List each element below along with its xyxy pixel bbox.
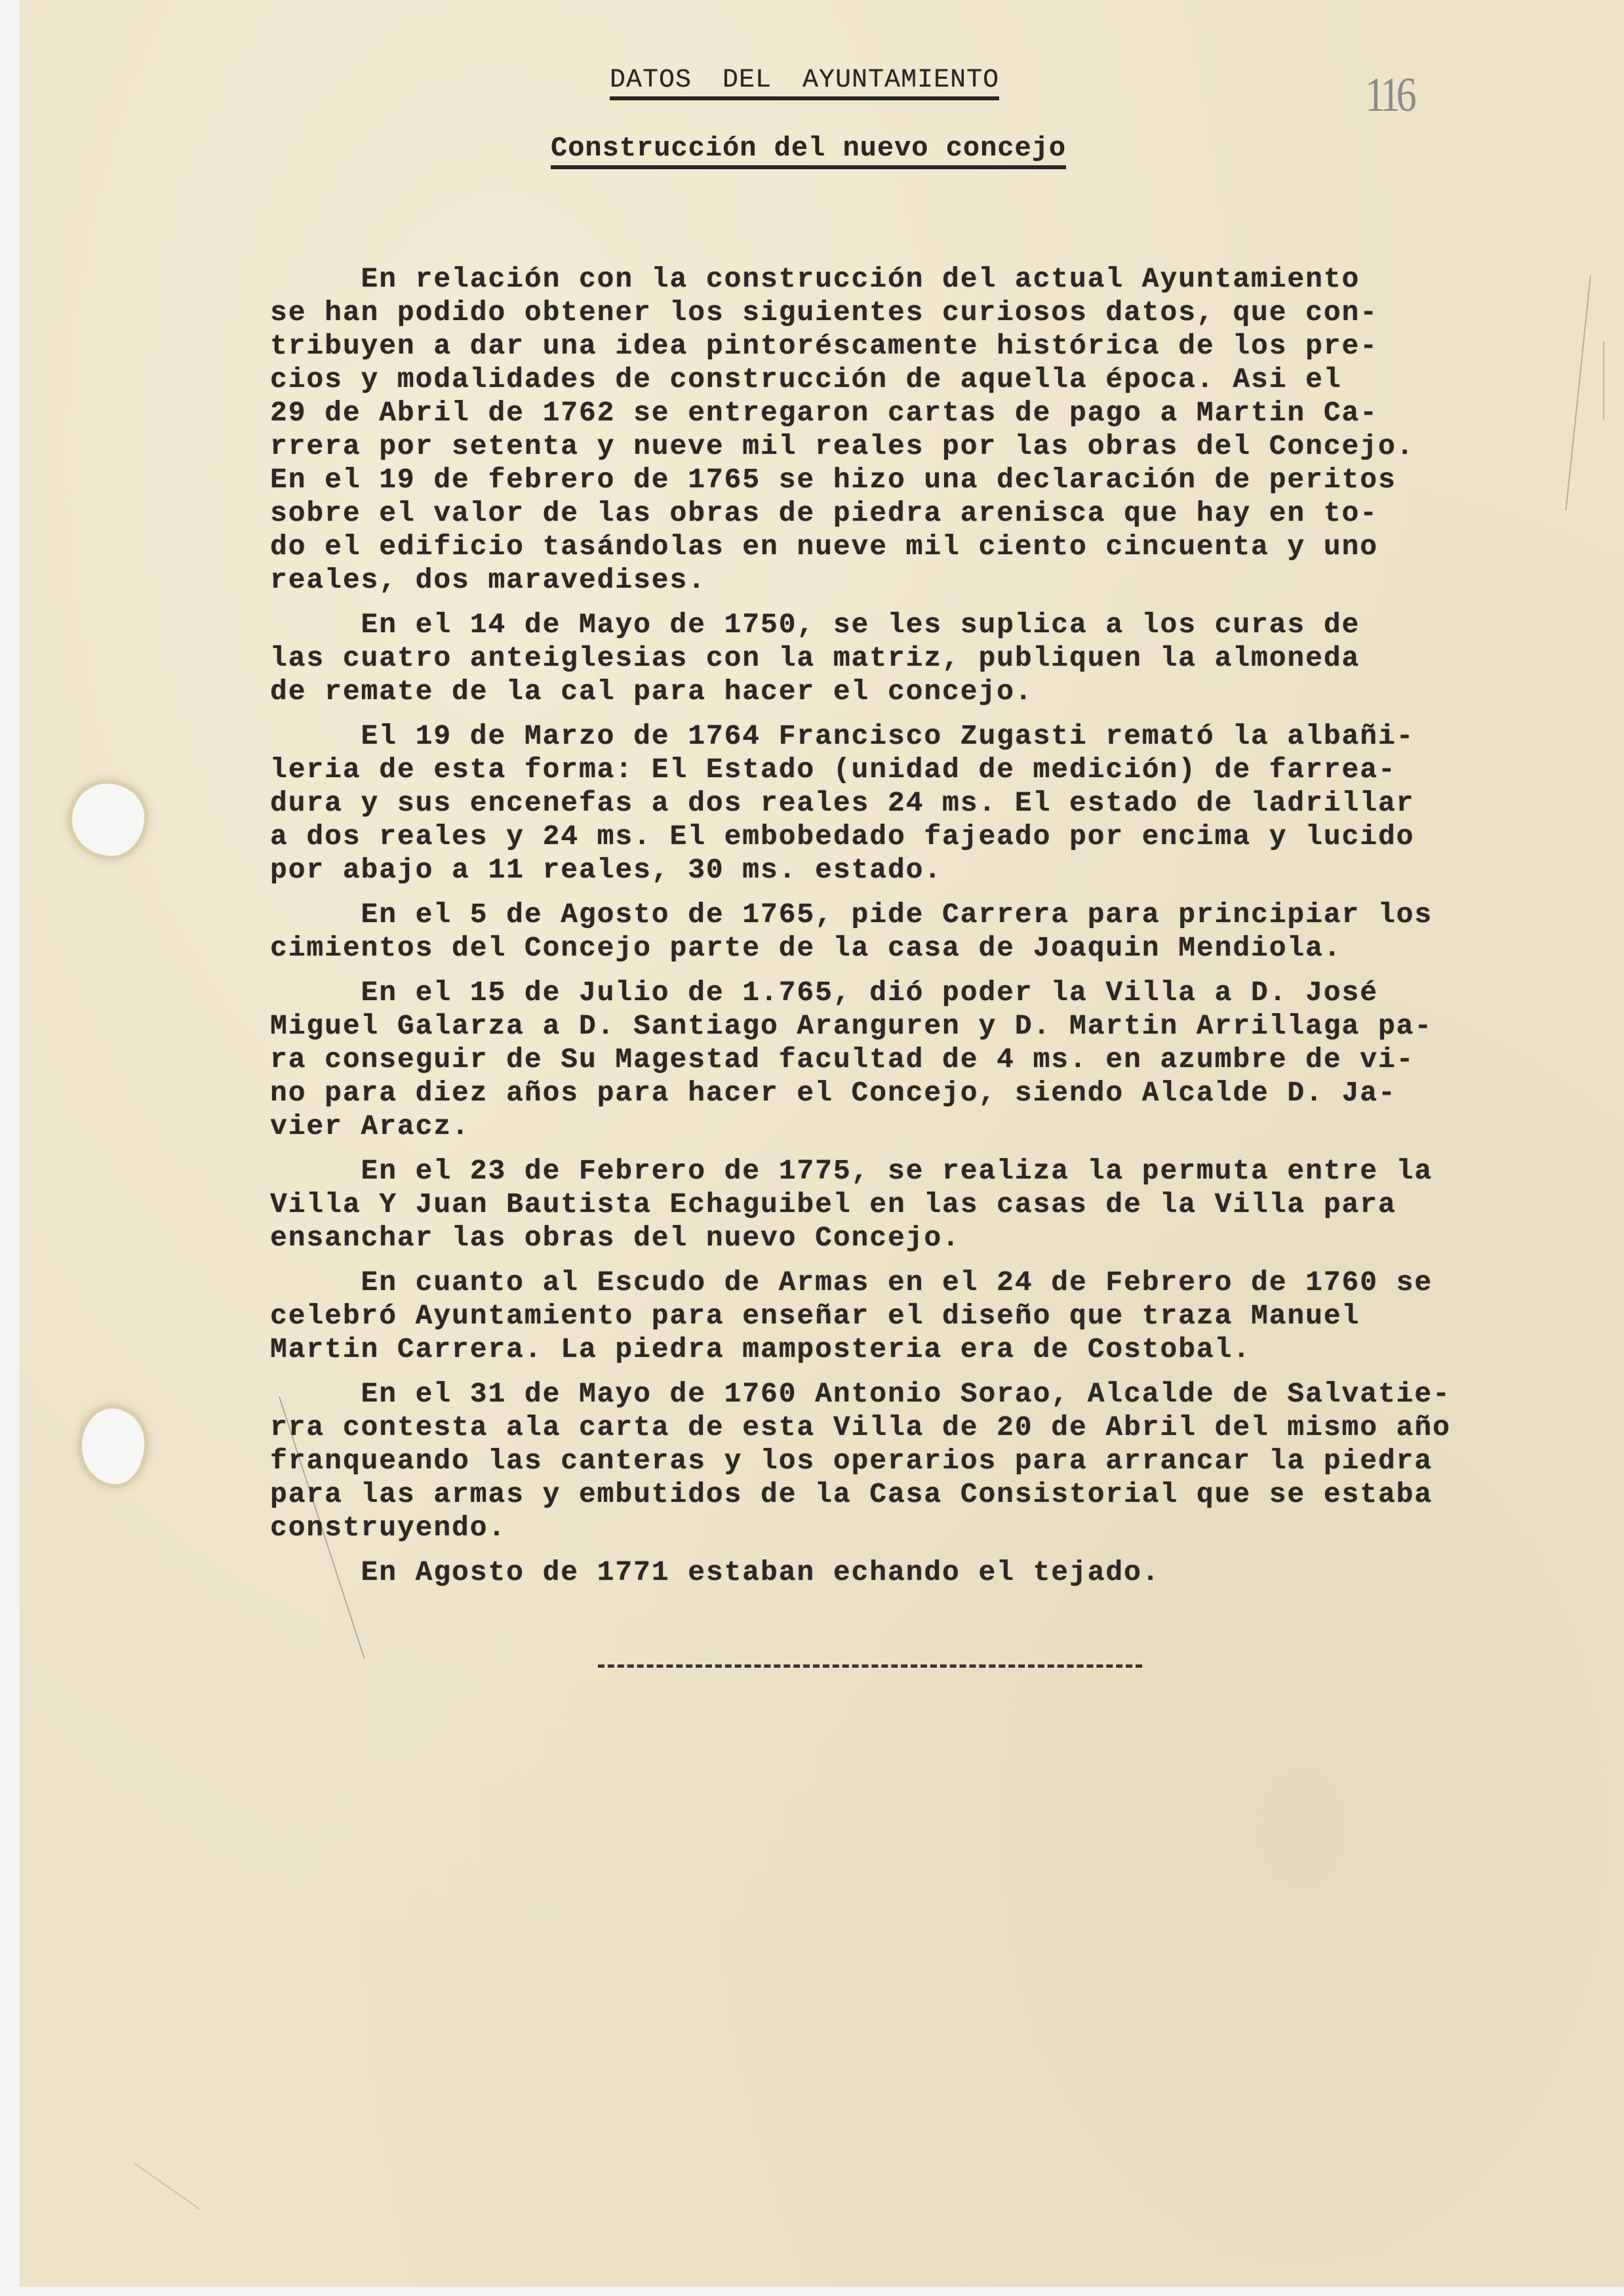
- document-title: DATOS DEL AYUNTAMIENTO: [610, 66, 999, 100]
- pencil-mark: [1603, 341, 1604, 420]
- pencil-mark: [1565, 275, 1591, 510]
- text-line: rra contesta ala carta de esta Villa de …: [270, 1411, 1529, 1444]
- text-line: En el 31 de Mayo de 1760 Antonio Sorao, …: [270, 1377, 1529, 1411]
- text-line: 29 de Abril de 1762 se entregaron cartas…: [270, 396, 1529, 430]
- text-line: do el edificio tasándolas en nueve mil c…: [270, 530, 1529, 563]
- text-line: se han podido obtener los siguientes cur…: [270, 296, 1529, 329]
- end-of-text-dashed-rule: [598, 1664, 1142, 1668]
- text-line: por abajo a 11 reales, 30 ms. estado.: [270, 853, 1529, 887]
- paper-crease-mark: [134, 2163, 199, 2209]
- text-line: El 19 de Marzo de 1764 Francisco Zugasti…: [270, 719, 1529, 753]
- text-line: a dos reales y 24 ms. El embobedado faje…: [270, 820, 1529, 853]
- document-body: En relación con la construcción del actu…: [270, 262, 1529, 1600]
- paragraph: En el 23 de Febrero de 1775, se realiza …: [270, 1154, 1529, 1255]
- text-line: rrera por setenta y nueve mil reales por…: [270, 430, 1529, 463]
- text-line: las cuatro anteiglesias con la matriz, p…: [270, 641, 1529, 675]
- text-line: En el 14 de Mayo de 1750, se les suplica…: [270, 608, 1529, 641]
- text-line: sobre el valor de las obras de piedra ar…: [270, 496, 1529, 530]
- punch-hole: [82, 1409, 144, 1484]
- text-line: franqueando las canteras y los operarios…: [270, 1444, 1529, 1478]
- text-line: En el 19 de febrero de 1765 se hizo una …: [270, 463, 1529, 496]
- text-line: cimientos del Concejo parte de la casa d…: [270, 931, 1529, 965]
- text-line: construyendo.: [270, 1511, 1529, 1544]
- text-line: En el 23 de Febrero de 1775, se realiza …: [270, 1154, 1529, 1188]
- text-line: Martin Carrera. La piedra mamposteria er…: [270, 1333, 1529, 1366]
- text-line: Miguel Galarza a D. Santiago Aranguren y…: [270, 1009, 1529, 1043]
- text-line: En Agosto de 1771 estaban echando el tej…: [270, 1556, 1529, 1589]
- paragraph: En Agosto de 1771 estaban echando el tej…: [270, 1556, 1529, 1589]
- text-line: vier Aracz.: [270, 1110, 1529, 1143]
- paragraph: El 19 de Marzo de 1764 Francisco Zugasti…: [270, 719, 1529, 887]
- paragraph: En relación con la construcción del actu…: [270, 262, 1529, 597]
- handwritten-folio-number: 116: [1365, 68, 1413, 123]
- text-line: tribuyen a dar una idea pintoréscamente …: [270, 329, 1529, 363]
- text-line: cios y modalidades de construcción de aq…: [270, 363, 1529, 396]
- text-line: Villa Y Juan Bautista Echaguibel en las …: [270, 1188, 1529, 1221]
- text-line: reales, dos maravedises.: [270, 563, 1529, 597]
- text-line: ensanchar las obras del nuevo Concejo.: [270, 1221, 1529, 1255]
- text-line: dura y sus encenefas a dos reales 24 ms.…: [270, 786, 1529, 820]
- text-line: no para diez años para hacer el Concejo,…: [270, 1076, 1529, 1110]
- paragraph: En el 31 de Mayo de 1760 Antonio Sorao, …: [270, 1377, 1529, 1544]
- paragraph: En cuanto al Escudo de Armas en el 24 de…: [270, 1266, 1529, 1366]
- paragraph: En el 5 de Agosto de 1765, pide Carrera …: [270, 898, 1529, 965]
- text-line: En el 5 de Agosto de 1765, pide Carrera …: [270, 898, 1529, 931]
- paragraph: En el 15 de Julio de 1.765, dió poder la…: [270, 976, 1529, 1143]
- text-line: leria de esta forma: El Estado (unidad d…: [270, 753, 1529, 786]
- text-line: para las armas y embutidos de la Casa Co…: [270, 1478, 1529, 1511]
- text-line: de remate de la cal para hacer el concej…: [270, 675, 1529, 708]
- text-line: En el 15 de Julio de 1.765, dió poder la…: [270, 976, 1529, 1009]
- text-line: ra conseguir de Su Magestad facultad de …: [270, 1043, 1529, 1076]
- text-line: En relación con la construcción del actu…: [270, 262, 1529, 296]
- text-line: celebró Ayuntamiento para enseñar el dis…: [270, 1299, 1529, 1333]
- text-line: En cuanto al Escudo de Armas en el 24 de…: [270, 1266, 1529, 1299]
- document-subtitle: Construcción del nuevo concejo: [551, 132, 1066, 169]
- punch-hole: [72, 784, 144, 856]
- paragraph: En el 14 de Mayo de 1750, se les suplica…: [270, 608, 1529, 708]
